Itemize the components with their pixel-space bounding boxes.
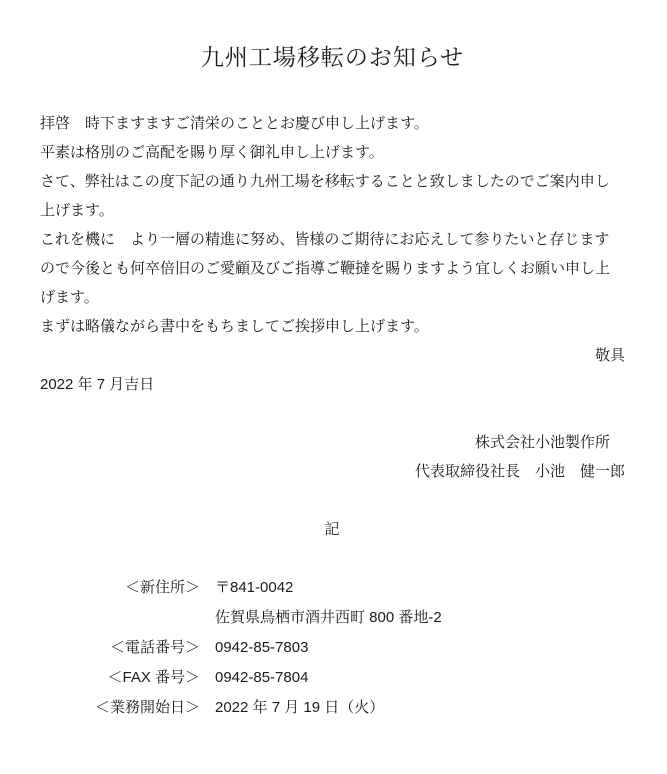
detail-label: ＜電話番号＞ [40,633,200,663]
detail-row-address-line: 佐賀県鳥栖市酒井西町 800 番地-2 [40,603,625,633]
closing-word: 敬具 [40,341,625,370]
detail-row-new-address: ＜新住所＞ 〒841-0042 [40,573,625,603]
stray-scan-artifact: · ·· [38,720,50,723]
detail-label: ＜業務開始日＞ [40,693,200,723]
signer-name: 代表取締役社長 小池 健一郎 [40,457,625,486]
record-marker: 記 [40,515,625,544]
company-name: 株式会社小池製作所 [40,428,610,457]
detail-label: ＜新住所＞ [40,573,200,603]
detail-row-fax: ＜FAX 番号＞ 0942-85-7804 [40,663,625,693]
detail-value-street-address: 佐賀県鳥栖市酒井西町 800 番地-2 [215,603,442,633]
detail-row-phone: ＜電話番号＞ 0942-85-7803 [40,633,625,663]
blank-line [40,399,625,428]
letter-body: 拝啓 時下ますますご清栄のこととお慶び申し上げます。 平素は格別のご高配を賜り厚… [40,109,625,341]
letter-date: 2022 年 7 月吉日 [40,370,625,399]
detail-value-start-date: 2022 年 7 月 19 日（火） [215,693,384,723]
document-title: 九州工場移転のお知らせ [40,43,625,71]
signature-block: 株式会社小池製作所 代表取締役社長 小池 健一郎 [40,428,625,486]
letter-page: 九州工場移転のお知らせ 拝啓 時下ますますご清栄のこととお慶び申し上げます。 平… [0,0,667,774]
relocation-details: ＜新住所＞ 〒841-0042 佐賀県鳥栖市酒井西町 800 番地-2 ＜電話番… [40,573,625,723]
detail-value-postal-code: 〒841-0042 [215,573,293,603]
detail-label: ＜FAX 番号＞ [40,663,200,693]
blank-line [40,486,625,515]
detail-row-start-date: ＜業務開始日＞ 2022 年 7 月 19 日（火） [40,693,625,723]
detail-value-fax-number: 0942-85-7804 [215,663,308,693]
detail-value-phone-number: 0942-85-7803 [215,633,308,663]
